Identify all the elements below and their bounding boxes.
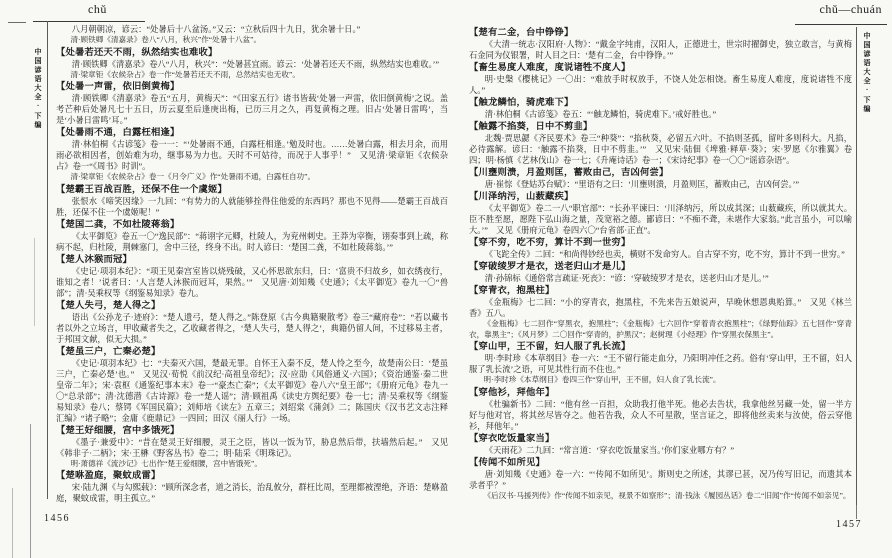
entry-headword: 【穿不穷，吃不穷，算计不到一世穷】 bbox=[469, 237, 852, 249]
citation-paragraph: 宋·陆九渊《与勾熙载》：“顾所深念者，道之消长，治乱攸分，群枉比周，至理都被湮绝… bbox=[56, 482, 448, 504]
page-edge-line bbox=[12, 488, 13, 558]
dictionary-entry: 【畜生易度人难度，度说诸牲不度人】 明·史槃《樱桃记》一〇出：“难放手时权放手，… bbox=[469, 62, 852, 96]
variant-citation: 清·梁章钜《农候杂占》卷一《月令广义》作“处暑雨不通，白露枉自功”。 bbox=[56, 172, 448, 183]
entry-citations: 明·李时珍《本草纲目》卷一六：“王不留行能走血分，乃阳明冲任之药。俗有‘穿山甲，… bbox=[469, 353, 852, 386]
entry-citations: 《大清一统志·汉阳府·人物》：“戴金字纯甫，汉阳人，正德进士，世宗时擢御史，独立… bbox=[469, 39, 852, 61]
pinyin-running-head-left: chǔ bbox=[88, 2, 107, 17]
page-number-right: 1457 bbox=[836, 519, 862, 530]
citation-paragraph: 北魏·贾思勰《齐民要术》卷三“种葵”：“掐秋葵，必留五六叶。不掐则茎孤，留叶多则… bbox=[469, 133, 852, 166]
dictionary-entry: 【穿破绫罗才是衣，送老归山才是儿】 清·孙锦标《通俗常言疏证·死丧》：“谚：‘穿… bbox=[469, 261, 852, 284]
entry-headword: 【楚人沐猴而冠】 bbox=[56, 254, 448, 266]
entry-headword: 【处暑若还天不雨，纵然结实也难收】 bbox=[56, 47, 448, 59]
entry-headword: 【触露不掐葵，日中不剪韭】 bbox=[469, 121, 852, 133]
citation-paragraph: 《史记·项羽本纪》：“项王见秦宫室皆以烧残破，又心怀思欲东归，曰：‘富贵不归故乡… bbox=[56, 266, 448, 299]
dictionary-entry: 【川壅则溃，月盈则匡，蓄败由己，吉凶何尝】 唐·崔悰《登姑苏台赋》：“里语有之曰… bbox=[469, 167, 852, 190]
dictionary-entry: 【楚有二金，台中铮铮】 《大清一统志·汉阳府·人物》：“戴金字纯甫，汉阳人，正德… bbox=[469, 27, 852, 61]
entry-headword: 【处暑雨不通，白露枉相逢】 bbox=[56, 127, 448, 139]
dictionary-entry: 【处暑一声雷，依旧倒黄梅】 清·顾铁卿《清嘉录》卷五“五月，黄梅天”：“《田家五… bbox=[56, 81, 448, 126]
entry-citations: 《飞跎全传》二回：“和尚得钞经也卖，横财不发命穷人。自古穿不穷，吃不穷，算计不到… bbox=[469, 249, 852, 260]
margin-rule-left bbox=[47, 21, 48, 499]
dictionary-entry: 【穿山甲，王不留，妇人服了乳长流】 明·李时珍《本草纲目》卷一六：“王不留行能走… bbox=[469, 341, 852, 386]
dictionary-entry: 【楚王好细腰，宫中多饿死】 《墨子·兼爱中》：“昔在楚灵王好细腰，灵王之臣，皆以… bbox=[56, 425, 448, 470]
citation-paragraph: 明·李时珍《本草纲目》卷一六：“王不留行能走血分，乃阳明冲任之药。俗有‘穿山甲，… bbox=[469, 353, 852, 375]
variant-citation: 清·顾铁卿《清嘉录》卷八“八月，秋兴”作“处暑十八盆”。 bbox=[56, 35, 448, 46]
variant-citation: 《金瓶梅》七二回作“穿黑衣，抱黑柱”；《金瓶梅》七六回作“穿着青衣抱黑柱”；《绿… bbox=[469, 319, 852, 340]
variant-citation: 明·萧德祥《流沙记》七出作“楚王爱细腰，宫中皆饿死”。 bbox=[56, 459, 448, 470]
variant-citation: 《后汉书·马援列传》作“传闻不如亲见，视景不如察形”；清·钱泳《履园丛话》卷二“… bbox=[469, 491, 852, 502]
citation-paragraph: 《墨子·兼爱中》：“昔在楚灵王好细腰，灵王之臣，皆以一饭为节，胁息然后带，扶墙然… bbox=[56, 437, 448, 459]
dictionary-entry: 【穿不穷，吃不穷，算计不到一世穷】 《飞跎全传》二回：“和尚得钞经也卖，横财不发… bbox=[469, 237, 852, 260]
book-scan: chǔ 中国谚语大全·下编 八月朝朝凉，谚云：“处暑后十八盆汤。”又云：“立秋后… bbox=[0, 0, 892, 558]
header-rule-left bbox=[33, 21, 145, 22]
citation-paragraph: 《太平御览》卷五一〇“逸民部”：“蒋诩字元卿，杜陵人，为兖州刺史。王莽为宰衡，诩… bbox=[56, 231, 448, 253]
margin-rule-right bbox=[856, 27, 857, 505]
dictionary-entry: 【触露不掐葵，日中不剪韭】 北魏·贾思勰《齐民要术》卷三“种葵”：“掐秋葵，必留… bbox=[469, 121, 852, 166]
entry-citations: 《史记·项羽本纪》：“项王见秦宫室皆以烧残破，又心怀思欲东归，曰：‘富贵不归故乡… bbox=[56, 266, 448, 299]
entry-headword: 【楚王好细腰，宫中多饿死】 bbox=[56, 425, 448, 437]
entry-headword: 【传闻不如所见】 bbox=[469, 457, 852, 469]
entry-citations: 张恨水《啼笑因缘》一九回：“有势力的人就能够拴得住他爱的东西吗？那也不见得——楚… bbox=[56, 196, 448, 218]
citation-paragraph: 语出《公孙龙子·迹府》：“楚人遗弓，楚人得之。”陈登原《古今典籍聚散考》卷三“藏… bbox=[56, 312, 448, 345]
entry-citations: 语出《公孙龙子·迹府》：“楚人遗弓，楚人得之。”陈登原《古今典籍聚散考》卷三“藏… bbox=[56, 312, 448, 345]
citation-paragraph: 《大清一统志·汉阳府·人物》：“戴金字纯甫，汉阳人，正德进士，世宗时擢御史，独立… bbox=[469, 39, 852, 61]
dictionary-entry: 【楚虽三户，亡秦必楚】 《史记·项羽本纪》七：“夫秦灭六国，楚最无罪。自怀王入秦… bbox=[56, 346, 448, 424]
entry-citations: 明·史槃《樱桃记》一〇出：“难放手时权放手，不饶人处怎相饶。畜生易度人难度，度说… bbox=[469, 74, 852, 96]
page-edge-line bbox=[30, 424, 31, 558]
entry-headword: 【穿山甲，王不留，妇人服了乳长流】 bbox=[469, 341, 852, 353]
entry-headword: 【楚咻盈庭，聚蚊成雷】 bbox=[56, 470, 448, 482]
entry-citations: 《史记·项羽本纪》七：“夫秦灭六国，楚最无罪。自怀王入秦不反，楚人怜之至今，故楚… bbox=[56, 358, 448, 424]
citation-paragraph: 明·史槃《樱桃记》一〇出：“难放手时权放手，不饶人处怎相饶。畜生易度人难度，度说… bbox=[469, 74, 852, 96]
entry-citations: 唐·崔悰《登姑苏台赋》：“里语有之曰：‘川壅则溃，月盈则匡，蓄败由己，吉凶何尝。… bbox=[469, 179, 852, 190]
entry-citations: 清·顾铁卿《清嘉录》卷八“八月，秋兴”：“处暑甚宜雨。谚云：‘处暑若还天不雨，纵… bbox=[56, 59, 448, 81]
dictionary-entry: 【处暑若还天不雨，纵然结实也难收】 清·顾铁卿《清嘉录》卷八“八月，秋兴”：“处… bbox=[56, 47, 448, 81]
variant-citation: 清·梁章钜《农候杂占》卷一作“处暑若还天不雨，总然结实也无收”。 bbox=[56, 70, 448, 81]
dictionary-entry: 【处暑雨不通，白露枉相逢】 清·林伯桐《古谚笺》卷一一：“‘处暑雨不通，白露枉相… bbox=[56, 127, 448, 183]
left-page-content: 八月朝朝凉，谚云：“处暑后十八盆汤。”又云：“立秋后四十九日，犹余暑十日。”清·… bbox=[56, 24, 448, 504]
citation-paragraph: 唐·崔悰《登姑苏台赋》：“里语有之曰：‘川壅则溃，月盈则匡，蓄败由己，吉凶何尝。… bbox=[469, 179, 852, 190]
entry-headword: 【川壅则溃，月盈则匡，蓄败由己，吉凶何尝】 bbox=[469, 167, 852, 179]
entry-citations: 八月朝朝凉，谚云：“处暑后十八盆汤。”又云：“立秋后四十九日，犹余暑十日。”清·… bbox=[56, 24, 448, 46]
citation-paragraph: 八月朝朝凉，谚云：“处暑后十八盆汤。”又云：“立秋后四十九日，犹余暑十日。” bbox=[56, 24, 448, 35]
entry-headword: 【穿衣吃饭量家当】 bbox=[469, 433, 852, 445]
dictionary-entry: 【传闻不如所见】 唐·刘知幾《史通》卷一六：“‘传闻不如所见’。斯则史之所述，其… bbox=[469, 457, 852, 502]
right-page-content: 【楚有二金，台中铮铮】 《大清一统志·汉阳府·人物》：“戴金字纯甫，汉阳人，正德… bbox=[469, 26, 852, 501]
dictionary-entry: 【楚霸王百战百胜，还保不住一个虞姬】 张恨水《啼笑因缘》一九回：“有势力的人就能… bbox=[56, 184, 448, 218]
entry-headword: 【畜生易度人难度，度说诸牲不度人】 bbox=[469, 62, 852, 74]
citation-paragraph: 清·林伯桐《古谚笺》卷五：“‘触龙鳞怕，骑虎难下。’戒好胜也。” bbox=[469, 109, 852, 120]
dictionary-entry: 【楚人沐猴而冠】 《史记·项羽本纪》：“项王见秦宫室皆以烧残破，又心怀思欲东归，… bbox=[56, 254, 448, 299]
citation-paragraph: 《杜骗新书》二回：“他有丝一百担，众助我打他半死。他必去告状，我拿他丝另藏一处，… bbox=[469, 399, 852, 432]
entry-headword: 【楚国二龚，不如杜陵蒋翁】 bbox=[56, 219, 448, 231]
entry-headword: 【触龙鳞怕，骑虎难下】 bbox=[469, 97, 852, 109]
pinyin-running-head-right: chǔ—chuán bbox=[820, 2, 882, 17]
citation-paragraph: 《飞跎全传》二回：“和尚得钞经也卖，横财不发命穷人。自古穿不穷，吃不穷，算计不到… bbox=[469, 249, 852, 260]
entry-citations: 《天雨花》二九回：“常言道：‘穿衣吃饭量家当。’你们家业哪方有？” bbox=[469, 445, 852, 456]
variant-citation: 明·李时珍《本草纲目》卷四三作“穿山甲，王不留，妇人食了乳长流”。 bbox=[469, 375, 852, 386]
page-edge-line bbox=[856, 505, 857, 519]
series-title-sidebar-right: 中国谚语大全·下编 bbox=[861, 32, 873, 232]
entry-citations: 清·顾铁卿《清嘉录》卷五“五月，黄梅天”：“《田家五行》诸书皆载‘处暑一声雷，依… bbox=[56, 93, 448, 126]
citation-paragraph: 清·顾铁卿《清嘉录》卷五“五月，黄梅天”：“《田家五行》诸书皆载‘处暑一声雷，依… bbox=[56, 93, 448, 126]
entry-citations: 《金瓶梅》七二回：“小的穿青衣，抱黑柱，不先来告五娘说声，早晚休想恩典贻算。” … bbox=[469, 297, 852, 340]
entry-headword: 【穿他衫，拜他年】 bbox=[469, 387, 852, 399]
entry-citations: 《墨子·兼爱中》：“昔在楚灵王好细腰，灵王之臣，皆以一饭为节，胁息然后带，扶墙然… bbox=[56, 437, 448, 470]
header-rule-right bbox=[795, 24, 887, 25]
citation-paragraph: 清·林伯桐《古谚笺》卷一一：“‘处暑雨不通，白露枉相逢。’勉及时也。……处暑白露… bbox=[56, 139, 448, 172]
dictionary-entry: 【穿他衫，拜他年】 《杜骗新书》二回：“他有丝一百担，众助我打他半死。他必去告状… bbox=[469, 387, 852, 432]
dictionary-entry: 【川泽纳污，山薮藏疾】 《太平御览》卷二一八“职官部”：“长孙平谏曰：‘川泽纳污… bbox=[469, 191, 852, 236]
entry-headword: 【穿破绫罗才是衣，送老归山才是儿】 bbox=[469, 261, 852, 273]
citation-paragraph: 清·孙锦标《通俗常言疏证·死丧》：“谚：‘穿破绫罗才是衣，送老归山才是儿。’” bbox=[469, 273, 852, 284]
entry-citations: 唐·刘知幾《史通》卷一六：“‘传闻不如所见’。斯则史之所述，其谬已甚，况乃传写旧… bbox=[469, 469, 852, 502]
dictionary-entry: 八月朝朝凉，谚云：“处暑后十八盆汤。”又云：“立秋后四十九日，犹余暑十日。”清·… bbox=[56, 24, 448, 46]
entry-citations: 清·林伯桐《古谚笺》卷一一：“‘处暑雨不通，白露枉相逢。’勉及时也。……处暑白露… bbox=[56, 139, 448, 183]
citation-paragraph: 《太平御览》卷二一八“职官部”：“长孙平谏曰：‘川泽纳污，所以成其深；山薮藏疾，… bbox=[469, 203, 852, 236]
dictionary-entry: 【楚人失弓，楚人得之】 语出《公孙龙子·迹府》：“楚人遗弓，楚人得之。”陈登原《… bbox=[56, 300, 448, 345]
entry-citations: 《太平御览》卷二一八“职官部”：“长孙平谏曰：‘川泽纳污，所以成其深；山薮藏疾，… bbox=[469, 203, 852, 236]
entry-headword: 【楚有二金，台中铮铮】 bbox=[469, 27, 852, 39]
entry-citations: 清·林伯桐《古谚笺》卷五：“‘触龙鳞怕，骑虎难下。’戒好胜也。” bbox=[469, 109, 852, 120]
page-edge-line bbox=[34, 238, 35, 326]
series-title-sidebar-left: 中国谚语大全·下编 bbox=[32, 48, 44, 238]
entry-citations: 《太平御览》卷五一〇“逸民部”：“蒋诩字元卿，杜陵人，为兖州刺史。王莽为宰衡，诩… bbox=[56, 231, 448, 253]
entry-headword: 【川泽纳污，山薮藏疾】 bbox=[469, 191, 852, 203]
citation-paragraph: 《天雨花》二九回：“常言道：‘穿衣吃饭量家当。’你们家业哪方有？” bbox=[469, 445, 852, 456]
entry-citations: 清·孙锦标《通俗常言疏证·死丧》：“谚：‘穿破绫罗才是衣，送老归山才是儿。’” bbox=[469, 273, 852, 284]
dictionary-entry: 【楚国二龚，不如杜陵蒋翁】 《太平御览》卷五一〇“逸民部”：“蒋诩字元卿，杜陵人… bbox=[56, 219, 448, 253]
entry-headword: 【楚霸王百战百胜，还保不住一个虞姬】 bbox=[56, 184, 448, 196]
citation-paragraph: 《史记·项羽本纪》七：“夫秦灭六国，楚最无罪。自怀王入秦不反，楚人怜之至今，故楚… bbox=[56, 358, 448, 424]
entry-headword: 【楚人失弓，楚人得之】 bbox=[56, 300, 448, 312]
citation-paragraph: 《金瓶梅》七二回：“小的穿青衣，抱黑柱，不先来告五娘说声，早晚休想恩典贻算。” … bbox=[469, 297, 852, 319]
entry-headword: 【楚虽三户，亡秦必楚】 bbox=[56, 346, 448, 358]
dictionary-entry: 【触龙鳞怕，骑虎难下】 清·林伯桐《古谚笺》卷五：“‘触龙鳞怕，骑虎难下。’戒好… bbox=[469, 97, 852, 120]
dictionary-entry: 【穿青衣，抱黑柱】 《金瓶梅》七二回：“小的穿青衣，抱黑柱，不先来告五娘说声，早… bbox=[469, 285, 852, 340]
citation-paragraph: 唐·刘知幾《史通》卷一六：“‘传闻不如所见’。斯则史之所述，其谬已甚，况乃传写旧… bbox=[469, 469, 852, 491]
scan-tick-mark bbox=[8, 22, 26, 23]
dictionary-entry: 【穿衣吃饭量家当】 《天雨花》二九回：“常言道：‘穿衣吃饭量家当。’你们家业哪方… bbox=[469, 433, 852, 456]
entry-citations: 宋·陆九渊《与勾熙载》：“顾所深念者，道之消长，治乱攸分，群枉比周，至理都被湮绝… bbox=[56, 482, 448, 504]
entry-headword: 【处暑一声雷，依旧倒黄梅】 bbox=[56, 81, 448, 93]
dictionary-entry: 【楚咻盈庭，聚蚊成雷】 宋·陆九渊《与勾熙载》：“顾所深念者，道之消长，治乱攸分… bbox=[56, 470, 448, 504]
page-number-left: 1456 bbox=[44, 513, 70, 524]
entry-citations: 《杜骗新书》二回：“他有丝一百担，众助我打他半死。他必去告状，我拿他丝另藏一处，… bbox=[469, 399, 852, 432]
citation-paragraph: 张恨水《啼笑因缘》一九回：“有势力的人就能够拴得住他爱的东西吗？那也不见得——楚… bbox=[56, 196, 448, 218]
entry-citations: 北魏·贾思勰《齐民要术》卷三“种葵”：“掐秋葵，必留五六叶。不掐则茎孤，留叶多则… bbox=[469, 133, 852, 166]
citation-paragraph: 清·顾铁卿《清嘉录》卷八“八月，秋兴”：“处暑甚宜雨。谚云：‘处暑若还天不雨，纵… bbox=[56, 59, 448, 70]
entry-headword: 【穿青衣，抱黑柱】 bbox=[469, 285, 852, 297]
